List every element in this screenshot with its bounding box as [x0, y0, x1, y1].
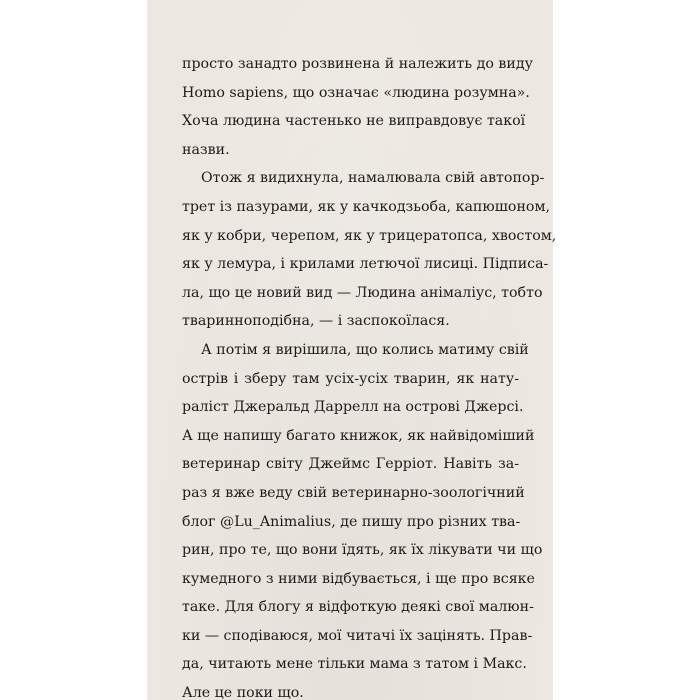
book-page: просто занадто розвинена й належить до в… — [147, 0, 553, 700]
text-line: острів і зберу там усіх-усіх тварин, як … — [182, 365, 519, 394]
text-line: просто занадто розвинена й належить до в… — [182, 50, 519, 79]
text-line: да, читають мене тільки мама з татом і М… — [182, 650, 519, 679]
text-line: як у кобри, черепом, як у трицератопса, … — [182, 222, 519, 251]
text-line: раліст Джеральд Даррелл на острові Джерс… — [182, 393, 519, 422]
text-line: назви. — [182, 136, 519, 165]
text-line: ки — сподіваюся, мої читачі їх зацінять.… — [182, 622, 519, 651]
text-line: блог @Lu_Animalius, де пишу про різних т… — [182, 508, 519, 537]
text-line: Хоча людина частенько не виправдовує так… — [182, 107, 519, 136]
text-line: таке. Для блогу я відфоткую деякі свої м… — [182, 593, 519, 622]
text-line: А потім я вирішила, що колись матиму сві… — [182, 336, 519, 365]
text-line: трет із пазурами, як у качкодзьоба, капю… — [182, 193, 519, 222]
text-line: рин, про те, що вони їдять, як їх лікува… — [182, 536, 519, 565]
text-line: кумедного з ними відбувається, і ще про … — [182, 565, 519, 594]
text-line: А ще напишу багато книжок, як найвідоміш… — [182, 422, 519, 451]
text-line: Отож я видихнула, намалювала свій автопо… — [182, 164, 519, 193]
text-line: Homo sapiens, що означає «людина розумна… — [182, 79, 519, 108]
text-line: Але це поки що. — [182, 679, 519, 700]
text-line: ла, що це новий вид — Людина анімаліус, … — [182, 279, 519, 308]
paragraph: А потім я вирішила, що колись матиму сві… — [182, 336, 519, 700]
text-line: як у лемура, і крилами летючої лисиці. П… — [182, 250, 519, 279]
page-text: просто занадто розвинена й належить до в… — [182, 50, 519, 700]
text-line: ветеринар світу Джеймс Герріот. Навіть з… — [182, 450, 519, 479]
text-line: раз я вже веду свій ветеринарно-зоологіч… — [182, 479, 519, 508]
paragraph: Отож я видихнула, намалювала свій автопо… — [182, 164, 519, 336]
paragraph: просто занадто розвинена й належить до в… — [182, 50, 519, 164]
text-line: тваринноподібна, — і заспокоїлася. — [182, 307, 519, 336]
